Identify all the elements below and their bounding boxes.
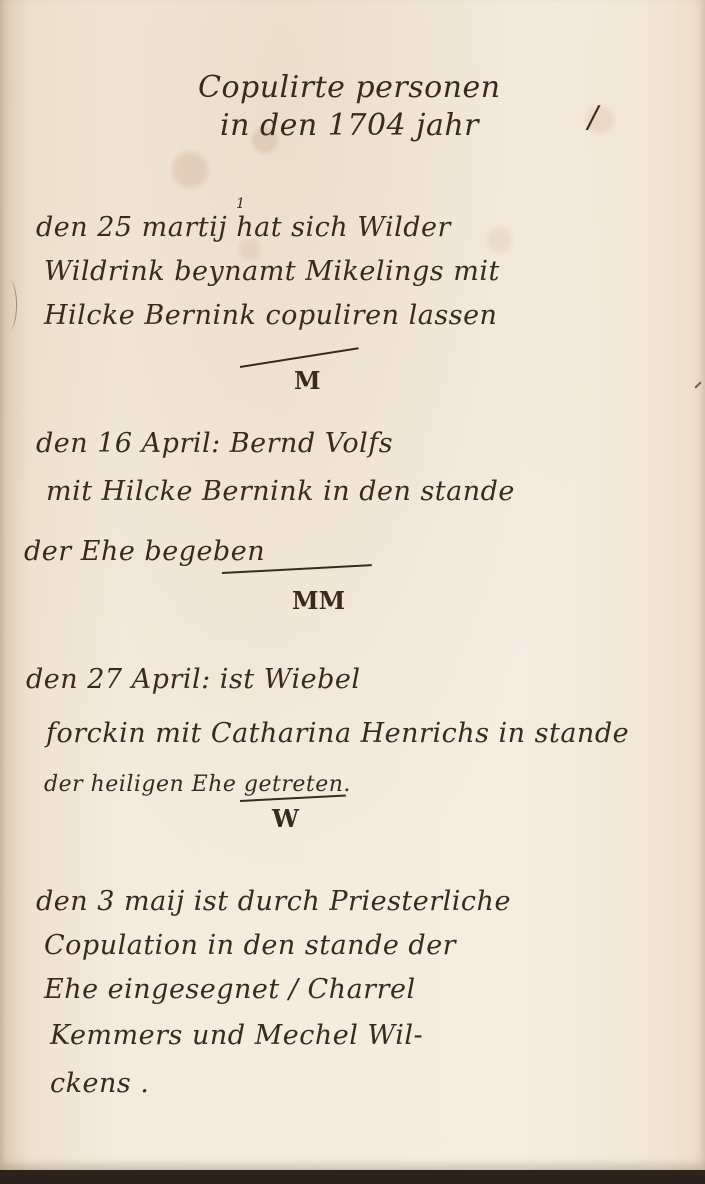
- entry-1-margin-mark: 1: [236, 196, 245, 212]
- entry-2-line-3: der Ehe begeben: [24, 536, 265, 567]
- entry-1-line-3: Hilcke Bernink copuliren lassen: [44, 300, 497, 331]
- entry-1-line-2: Wildrink beynamt Mikelings mit: [44, 256, 500, 287]
- entry-4-line-1: den 3 maij ist durch Priesterliche: [36, 886, 511, 917]
- entry-4-line-5: ckens .: [50, 1068, 149, 1099]
- margin-bracket-mark: [2, 280, 17, 330]
- page-bottom-edge: [0, 1170, 705, 1184]
- heading-trailing-mark: /: [588, 100, 599, 135]
- entry-4-line-4: Kemmers und Mechel Wil-: [50, 1020, 423, 1051]
- entry-2-line-1: den 16 April: Bernd Volfs: [36, 428, 393, 459]
- entry-4-line-2: Copulation in den stande der: [44, 930, 456, 961]
- entry-3-line-3: der heiligen Ehe getreten.: [44, 772, 351, 797]
- entry-1-underline: [240, 347, 359, 368]
- entry-4-line-3: Ehe eingesegnet / Charrel: [44, 974, 416, 1005]
- entry-3-line-2: forckin mit Catharina Henrichs in stande: [46, 718, 629, 749]
- heading-line-2: in den 1704 jahr: [220, 108, 479, 143]
- entry-2-line-2: mit Hilcke Bernink in den stande: [46, 476, 515, 507]
- entry-1-tally: M: [294, 366, 321, 395]
- entry-1-line-1: den 25 martij hat sich Wilder: [36, 212, 451, 243]
- entry-3-tally: W: [272, 804, 299, 833]
- manuscript-page: Copulirte personen in den 1704 jahr / 1 …: [0, 0, 705, 1172]
- entry-2-tally: MM: [292, 586, 345, 615]
- entry-3-line-1: den 27 April: ist Wiebel: [26, 664, 361, 695]
- margin-ink-mark: [694, 381, 701, 388]
- heading-line-1: Copulirte personen: [198, 70, 501, 105]
